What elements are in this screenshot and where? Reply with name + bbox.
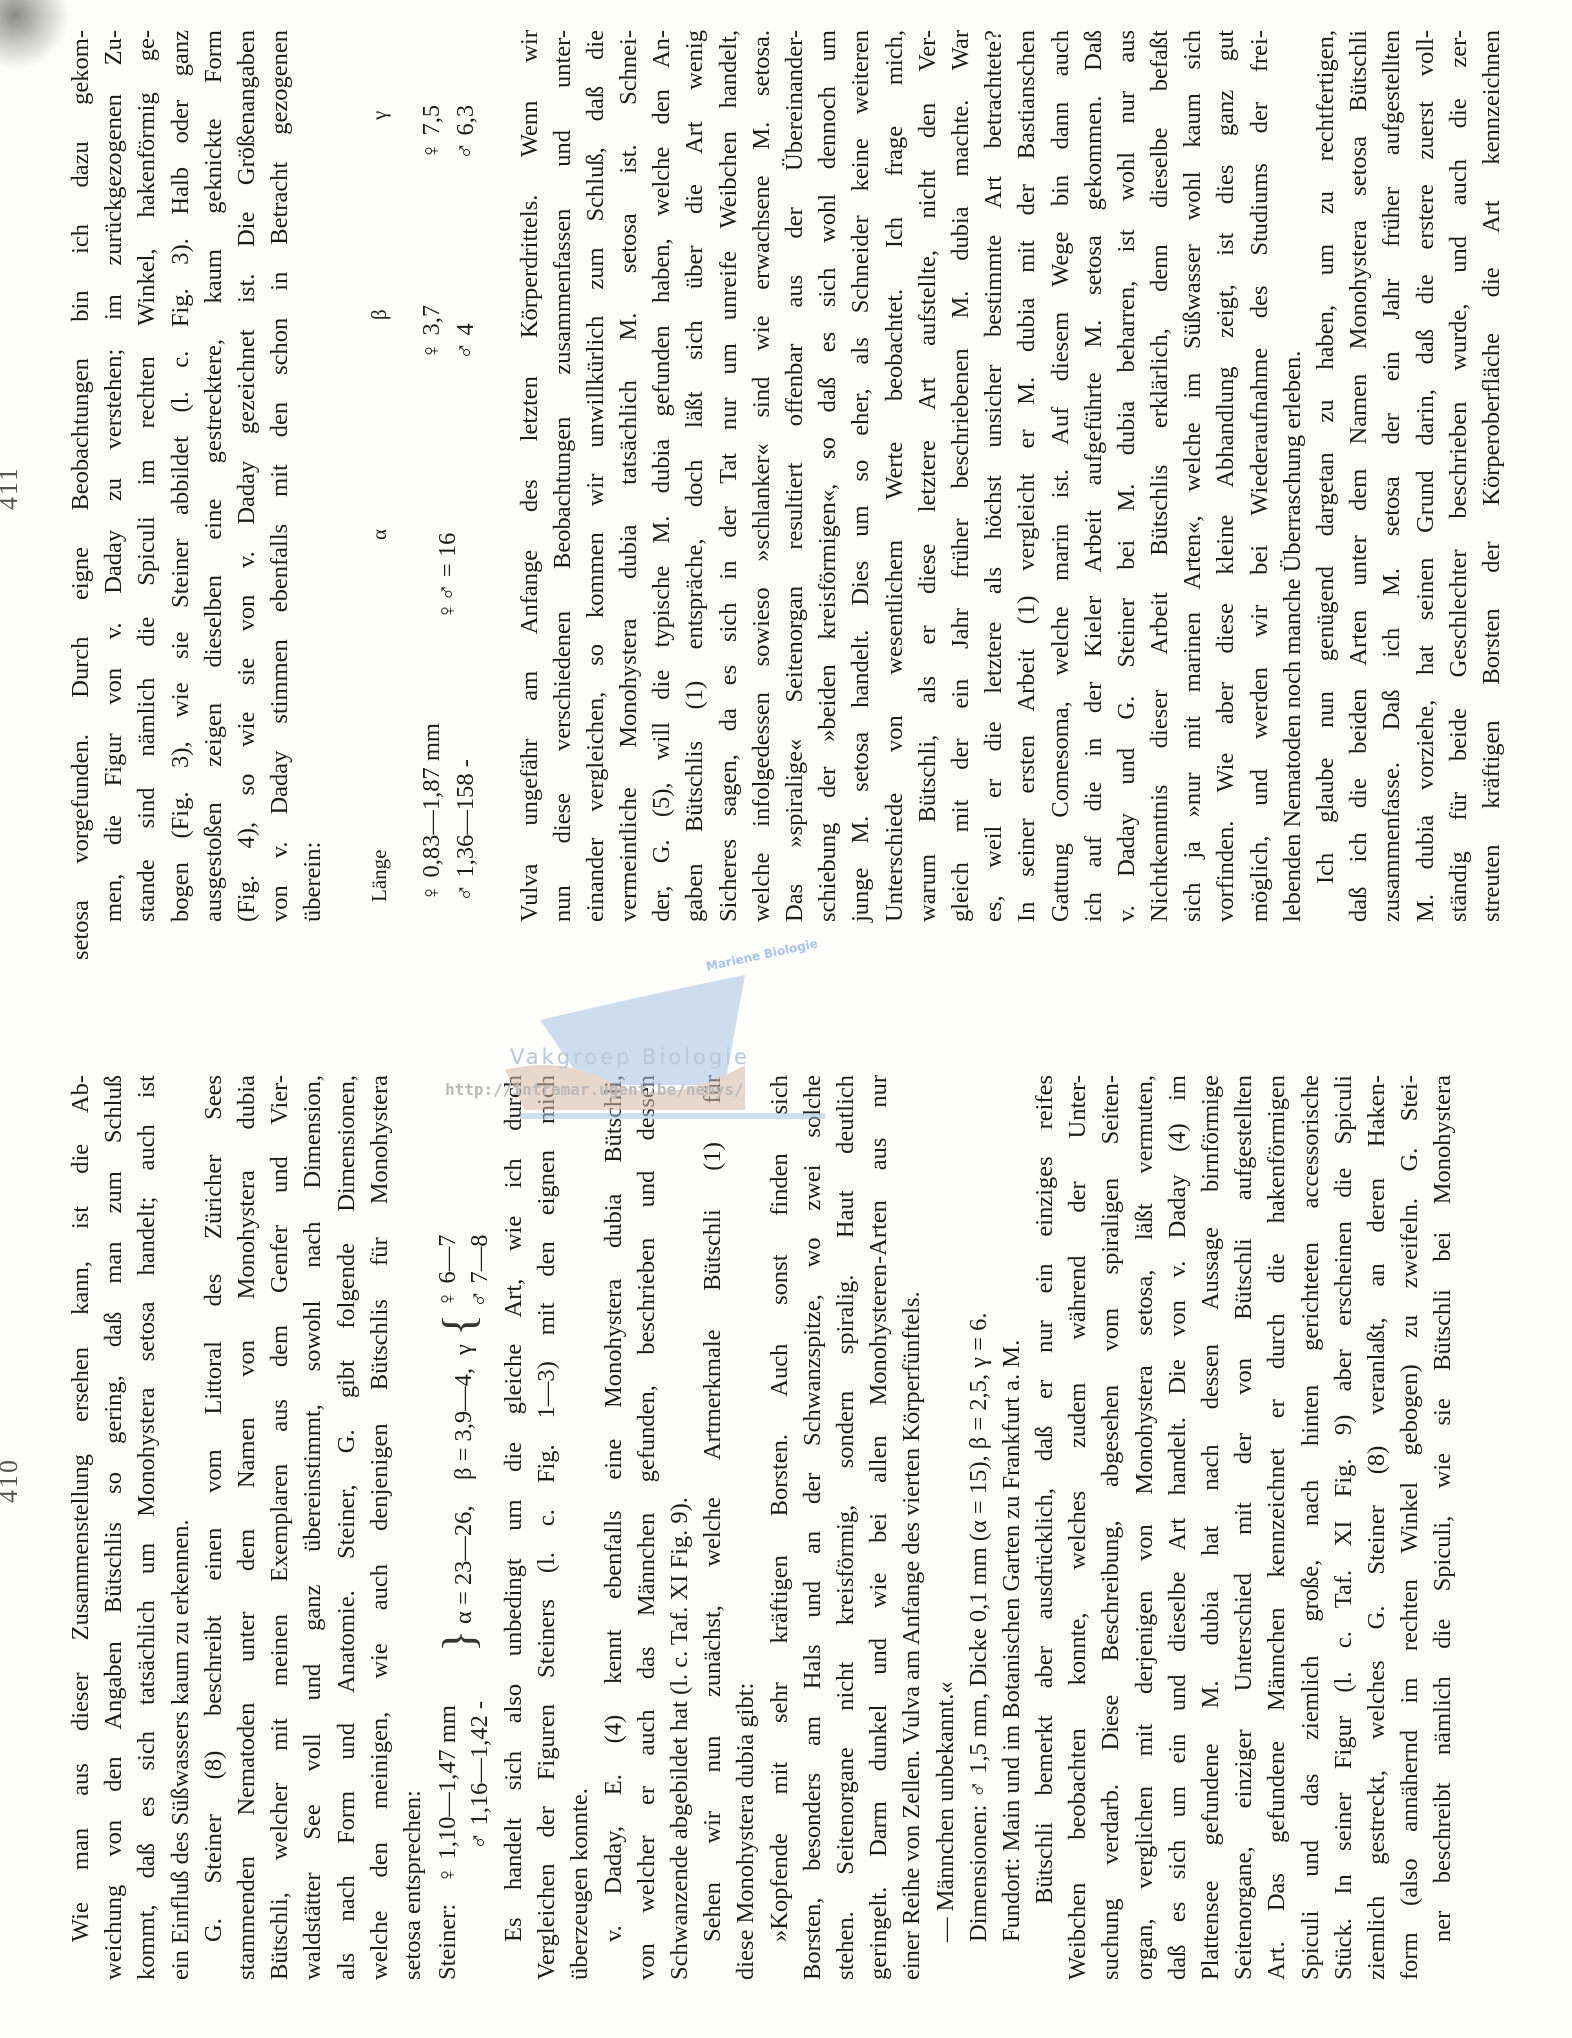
paragraph-line: organ, verglichen mit derjenigen von Mon… [1128,1075,1161,1980]
paragraph-line: Plattensee gefundene M. dubia hat nach d… [1194,1075,1227,1980]
formula-alpha: α = 23—26, [447,1505,480,1624]
paragraph-line: In seiner ersten Arbeit (1) vergleicht e… [1010,30,1043,960]
page-411: 411 setosa vorgefunden. Durch eigne Beob… [0,0,1572,1000]
table-cell: ♀ 3,7 [415,305,448,360]
formula-female: ♀ 1,10—1,47 mm [431,1705,464,1884]
paragraph-line: vermeintliche Monohystera dubia tatsächl… [612,30,645,960]
paragraph-line: ziemlich gestreckt, welches G. Steiner (… [1360,1075,1393,1980]
watermark-url: http://intramar.ugent.be/nemys/ [445,1080,744,1099]
paragraph-line: möglich, und werden wir bei Wiederaufnah… [1243,30,1276,960]
paragraph-line: ein Einfluß des Süßwassers kaum zu erken… [164,1075,197,1980]
paragraph-line: welche infolgedessen sowieso »schlanker«… [745,30,778,960]
paragraph-line: Weibchen beobachten konnte, welches zude… [1061,1075,1094,1980]
paragraph-line: v. Daday, E. (4) kennt ebenfalls eine Mo… [597,1075,630,1980]
paragraph-line: ich auf die in der Kieler Arbeit aufgefü… [1077,30,1110,960]
paragraph-line: v. Daday und G. Steiner bei M. dubia beh… [1110,30,1143,960]
page-number: 410 [0,1458,24,1503]
paragraph-line: Vergleichen der Figuren Steiners (l. c. … [530,1075,563,1980]
paragraph-line: Nichtkenntnis dieser Arbeit Bütschlis er… [1143,30,1176,960]
paragraph-line: Bütschli, welcher mit meinen Exemplaren … [263,1075,296,1980]
paragraph-line: diese Monohystera dubia gibt: [729,1075,762,1980]
paragraph-line: einer Reihe von Zellen. Vulva am Anfange… [895,1075,928,1980]
paragraph-line: kommt, daß es sich tatsächlich um Monohy… [130,1075,163,1980]
paragraph-line: — Männchen unbekannt.« [929,1075,962,1980]
paragraph-line: von v. Daday stimmen ebenfalls mit den s… [263,30,296,960]
formula-gamma-male: ♂ 7—8 [463,1235,496,1309]
steiner-formula: Steiner: ♀ 1,10—1,47 mm ♂ 1,16—1,42 - } … [429,1075,497,1980]
paragraph-line: Das »spiralige« Seitenorgan resultiert o… [778,30,811,960]
paragraph-line: streuten kräftigen Borsten der Körperobe… [1475,30,1508,960]
paragraph-line: form (also annähernd im rechten Winkel g… [1393,1075,1426,1980]
page-body: Wie man aus dieser Zusammenstellung erse… [64,1075,1460,1980]
paragraph-line: Vulva ungefähr am Anfange des letzten Kö… [513,30,546,960]
paragraph-line: daß ich die beiden Arten unter dem Namen… [1342,30,1375,960]
table-header: α [363,529,396,540]
paragraph-line: stehen. Seitenorgane nicht kreisförmig, … [829,1075,862,1980]
paragraph-line: M. dubia vorziehe, hat seinen Grund dari… [1409,30,1442,960]
paragraph-line: lebenden Nematoden noch manche Überrasch… [1276,30,1309,960]
paragraph-line: vorfinden. Wie aber diese kleine Abhandl… [1209,30,1242,960]
size-table: Länge α β γ ♀ 0,83—1,87 mm ♀♂ = 16 ♀ 3,7… [363,30,513,960]
paragraph-line: weichung von den Angaben Bütschlis so ge… [97,1075,130,1980]
page-number: 411 [0,466,24,510]
paragraph-line: einander vergleichen, so kommen wir unwi… [579,30,612,960]
paragraph-line: Ich glaube nun genügend dargetan zu habe… [1309,30,1342,960]
paragraph-line: schiebung der »beiden kreisförmigen«, so… [811,30,844,960]
paragraph-line: setosa vorgefunden. Durch eigne Beobacht… [64,30,97,960]
table-cell: ♀ 0,83—1,87 mm [415,723,448,902]
paragraph-line: Seitenorgane, einziger Unterschied mit d… [1227,1075,1260,1980]
paragraph-line: geringelt. Darm dunkel und wie bei allen… [862,1075,895,1980]
paragraph-line: Stück. In seiner Figur (l. c. Taf. XI Fi… [1327,1075,1360,1980]
paragraph-line: sich ja »nur mit marinen Arten«, welche … [1176,30,1209,960]
spacer [330,30,363,960]
formula-gamma-female: ♀ 6—7 [431,1235,464,1309]
page-body: setosa vorgefunden. Durch eigne Beobacht… [64,30,1508,960]
paragraph-line: Bütschli bemerkt aber ausdrücklich, daß … [1028,1075,1061,1980]
formula-label: Steiner: [431,1904,464,1980]
paragraph-line: gaben Bütschlis (1) entspräche, doch läß… [678,30,711,960]
formula-beta: β = 3,9—4, [447,1368,480,1480]
paragraph-line: Sicheres sagen, da es sich in der Tat nu… [712,30,745,960]
paragraph-line: welche den meinigen, wie auch denjenigen… [363,1075,396,1980]
paragraph-line: bogen (Fig. 3), wie sie Steiner abbildet… [164,30,197,960]
paragraph-line: Fundort: Main und im Botanischen Garten … [995,1075,1028,1980]
formula-male: ♂ 1,16—1,42 - [463,1701,496,1850]
paragraph-line: zusammenfasse. Daß ich M. setosa der ein… [1375,30,1408,960]
paragraph-line: ausgestoßen zeigen dieselben eine gestre… [197,30,230,960]
paragraph-line: suchung verdarb. Diese Beschreibung, abg… [1094,1075,1127,1980]
paragraph-line: von welcher er auch das Männchen gefunde… [630,1075,663,1980]
paragraph-line: Gattung Comesoma, welche marin ist. Auf … [1044,30,1077,960]
table-cell: ♂ 6,3 [449,105,482,160]
paragraph-line: gleich mit der ein Jahr früher beschrieb… [944,30,977,960]
paragraph-line: Borsten, besonders am Hals und an der Sc… [796,1075,829,1980]
paragraph-line: warum Bütschli, als er diese letztere Ar… [911,30,944,960]
paragraph-line: Art. Das gefundene Männchen kennzeichnet… [1260,1075,1293,1980]
paragraph-line: Dimensionen: ♂ 1,5 mm, Dicke 0,1 mm (α =… [962,1075,995,1980]
paragraph-line: »Kopfende mit sehr kräftigen Borsten. Au… [763,1075,796,1980]
paragraph-line: ständig für beide Geschlechter beschrieb… [1442,30,1475,960]
table-header: β [363,309,396,320]
table-cell: ♀ 7,5 [415,105,448,160]
paragraph-line: es, weil er die letztere als höchst unsi… [977,30,1010,960]
paragraph-line: waldstätter See voll und ganz übereinsti… [296,1075,329,1980]
paragraph-line: ner beschreibt nämlich die Spiculi, wie … [1426,1075,1459,1980]
paragraph-line: Spiculi und das ziemlich große, nach hin… [1294,1075,1327,1980]
paragraph-line: überzeugen konnte. [563,1075,596,1980]
paragraph-line: junge M. setosa handelt. Dies um so eher… [844,30,877,960]
table-header: γ [363,111,396,120]
brace: { [431,1314,487,1336]
paragraph-line: Unterschiede von wesentlichem Werte beob… [878,30,911,960]
paragraph-line: Sehen wir nun zunächst, welche Artmerkma… [696,1075,729,1980]
paragraph-line: überein: [296,30,329,960]
page-410: 410 Wie man aus dieser Zusammenstellung … [0,1038,1572,2038]
table-cell: ♂ 1,36—158 - [449,759,482,902]
brace: } [431,1630,487,1652]
table-cell: ♀♂ = 16 [431,533,464,620]
paragraph-line: Wie man aus dieser Zusammenstellung erse… [64,1075,97,1980]
watermark-label: Vakgroep Biologie [510,1045,750,1069]
paragraph-line: nun diese verschiedenen Beobachtungen zu… [546,30,579,960]
paragraph-line: daß es sich um ein und dieselbe Art hand… [1161,1075,1194,1980]
paragraph-line: Es handelt sich also unbedingt um die gl… [497,1075,530,1980]
paragraph-line: stammenden Nematoden unter dem Namen von… [230,1075,263,1980]
paragraph-line: setosa entsprechen: [396,1075,429,1980]
paragraph-line: der, G. (5), will die typische M. dubia … [645,30,678,960]
paragraph-line: G. Steiner (8) beschreibt einen vom Litt… [197,1075,230,1980]
paragraph-line: men, die Figur von v. Daday zu verstehen… [97,30,130,960]
table-header: Länge [363,850,396,902]
paragraph-line: Schwanzende abgebildet hat (l. c. Taf. X… [663,1075,696,1980]
paragraph-line: als nach Form und Anatomie. Steiner, G. … [330,1075,363,1980]
formula-gamma: γ [447,1344,480,1355]
paragraph-line: (Fig. 4), so wie sie von v. Daday gezeic… [230,30,263,960]
paragraph-line: stande sind nämlich die Spiculi im recht… [130,30,163,960]
table-cell: ♂ 4 [449,323,482,360]
